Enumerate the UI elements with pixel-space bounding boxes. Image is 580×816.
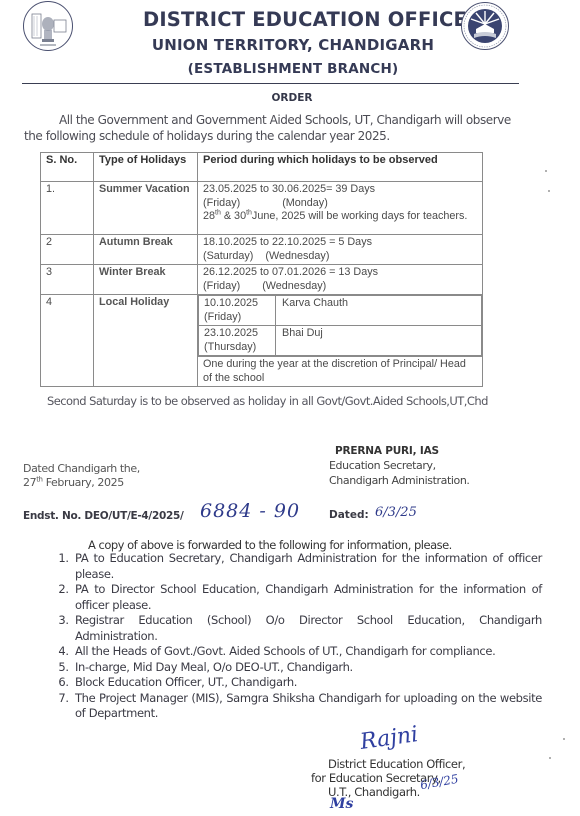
signatory-name: PRERNA PURI, IAS bbox=[335, 445, 439, 457]
recipient-item: The Project Manager (MIS), Samgra Shiksh… bbox=[72, 691, 542, 722]
header-divider bbox=[22, 83, 519, 84]
scan-speck bbox=[549, 757, 551, 759]
period-range: 26.12.2025 to 07.01.2026 = 13 Days bbox=[203, 266, 477, 280]
local-holidays-cell: 10.10.2025 (Friday) Karva Chauth 23.10.2… bbox=[198, 295, 483, 357]
note-part: 28 bbox=[203, 210, 215, 222]
recipient-item: In-charge, Mid Day Meal, O/o DEO-UT., Ch… bbox=[72, 660, 542, 676]
holiday-schedule-table: S. No. Type of Holidays Period during wh… bbox=[40, 152, 483, 387]
period-range: 18.10.2025 to 22.10.2025 = 5 Days bbox=[203, 236, 477, 250]
row-period: 26.12.2025 to 07.01.2026 = 13 Days (Frid… bbox=[198, 265, 483, 295]
handwritten-endorsement-date: 6/3/25 bbox=[375, 505, 417, 520]
education-seal-logo bbox=[461, 2, 509, 50]
recipient-item: PA to Director School Education, Chandig… bbox=[72, 582, 542, 613]
period-days: (Saturday)(Wednesday) bbox=[203, 250, 477, 264]
date-rest: February, 2025 bbox=[43, 476, 124, 489]
endorsement-dated-label: Dated: bbox=[329, 509, 369, 521]
local-holiday-name: Karva Chauth bbox=[276, 296, 482, 326]
handwritten-endorsement-number: 6884 - 90 bbox=[200, 500, 300, 522]
row-type: Summer Vacation bbox=[94, 182, 198, 235]
scan-speck bbox=[548, 190, 550, 192]
table-row: 3 Winter Break 26.12.2025 to 07.01.2026 … bbox=[41, 265, 483, 295]
row-sno: 3 bbox=[41, 265, 94, 295]
intro-paragraph: All the Government and Government Aided … bbox=[24, 112, 524, 144]
day-to: (Wednesday) bbox=[265, 250, 329, 262]
row-sno: 4 bbox=[41, 295, 94, 387]
dated-date: 27th February, 2025 bbox=[23, 476, 124, 489]
discretion-note: One during the year at the discretion of… bbox=[198, 357, 483, 387]
row-sno: 2 bbox=[41, 235, 94, 265]
education-seal-icon bbox=[462, 3, 508, 49]
header-type: Type of Holidays bbox=[94, 153, 198, 182]
copy-forwarded-line: A copy of above is forwarded to the foll… bbox=[88, 538, 452, 552]
table-row: 2 Autumn Break 18.10.2025 to 22.10.2025 … bbox=[41, 235, 483, 265]
signatory-designation: Education Secretary, bbox=[329, 459, 436, 472]
holiday-date: 23.10.2025 bbox=[204, 327, 270, 341]
branch-subtitle: (ESTABLISHMENT BRANCH) bbox=[0, 61, 580, 77]
note-part: June, 2025 will be working days for teac… bbox=[252, 210, 467, 222]
working-days-note: 28th & 30thJune, 2025 will be working da… bbox=[203, 210, 477, 224]
recipient-item: Block Education Officer, UT., Chandigarh… bbox=[72, 675, 542, 691]
table-header-row: S. No. Type of Holidays Period during wh… bbox=[41, 153, 483, 182]
local-holiday-date: 10.10.2025 (Friday) bbox=[199, 296, 276, 326]
intro-text: All the Government and Government Aided … bbox=[24, 113, 511, 143]
second-saturday-note: Second Saturday is to be observed as hol… bbox=[47, 394, 488, 408]
recipients-list: PA to Education Secretary, Chandigarh Ad… bbox=[50, 551, 542, 722]
deo-designation: District Education Officer, bbox=[328, 757, 465, 771]
period-days: (Friday)(Wednesday) bbox=[203, 280, 477, 294]
deo-signature: Rajni bbox=[359, 722, 420, 755]
period-days: (Friday)(Monday) bbox=[203, 197, 477, 211]
row-period: 18.10.2025 to 22.10.2025 = 5 Days (Satur… bbox=[198, 235, 483, 265]
day-to: (Wednesday) bbox=[262, 280, 326, 292]
local-holiday-date: 23.10.2025 (Thursday) bbox=[199, 326, 276, 356]
handwritten-initials: Ms bbox=[330, 796, 353, 812]
local-holiday-row: 10.10.2025 (Friday) Karva Chauth bbox=[199, 296, 482, 326]
signatory-office: Chandigarh Administration. bbox=[329, 474, 470, 487]
recipient-item: All the Heads of Govt./Govt. Aided Schoo… bbox=[72, 644, 542, 660]
header-sno: S. No. bbox=[41, 153, 94, 182]
day-to: (Monday) bbox=[282, 197, 328, 209]
day-from: (Saturday) bbox=[203, 250, 253, 262]
header-period: Period during which holidays to be obser… bbox=[198, 153, 483, 182]
day-from: (Friday) bbox=[203, 197, 240, 209]
table-row: 1. Summer Vacation 23.05.2025 to 30.06.2… bbox=[41, 182, 483, 235]
recipient-item: PA to Education Secretary, Chandigarh Ad… bbox=[72, 551, 542, 582]
holiday-day: (Friday) bbox=[204, 311, 270, 325]
row-period: 23.05.2025 to 30.06.2025= 39 Days (Frida… bbox=[198, 182, 483, 235]
scan-speck bbox=[563, 738, 565, 740]
row-sno: 1. bbox=[41, 182, 94, 235]
holiday-date: 10.10.2025 bbox=[204, 297, 270, 311]
row-type: Local Holiday bbox=[94, 295, 198, 387]
note-part: & 30 bbox=[221, 210, 246, 222]
scan-speck bbox=[545, 170, 547, 172]
dated-place: Dated Chandigarh the, bbox=[23, 462, 140, 475]
order-heading: ORDER bbox=[0, 92, 580, 104]
local-holiday-row: 23.10.2025 (Thursday) Bhai Duj bbox=[199, 326, 482, 356]
row-type: Autumn Break bbox=[94, 235, 198, 265]
holiday-day: (Thursday) bbox=[204, 341, 270, 355]
period-range: 23.05.2025 to 30.06.2025= 39 Days bbox=[203, 183, 477, 197]
local-holiday-name: Bhai Duj bbox=[276, 326, 482, 356]
recipient-item: Registrar Education (School) O/o Directo… bbox=[72, 613, 542, 644]
row-type: Winter Break bbox=[94, 265, 198, 295]
date-day: 27 bbox=[23, 476, 36, 489]
day-from: (Friday) bbox=[203, 280, 240, 292]
endorsement-number-label: Endst. No. DEO/UT/E-4/2025/ bbox=[23, 510, 184, 522]
local-holidays-subtable: 10.10.2025 (Friday) Karva Chauth 23.10.2… bbox=[198, 295, 482, 356]
table-row: 4 Local Holiday 10.10.2025 (Friday) Karv… bbox=[41, 295, 483, 357]
